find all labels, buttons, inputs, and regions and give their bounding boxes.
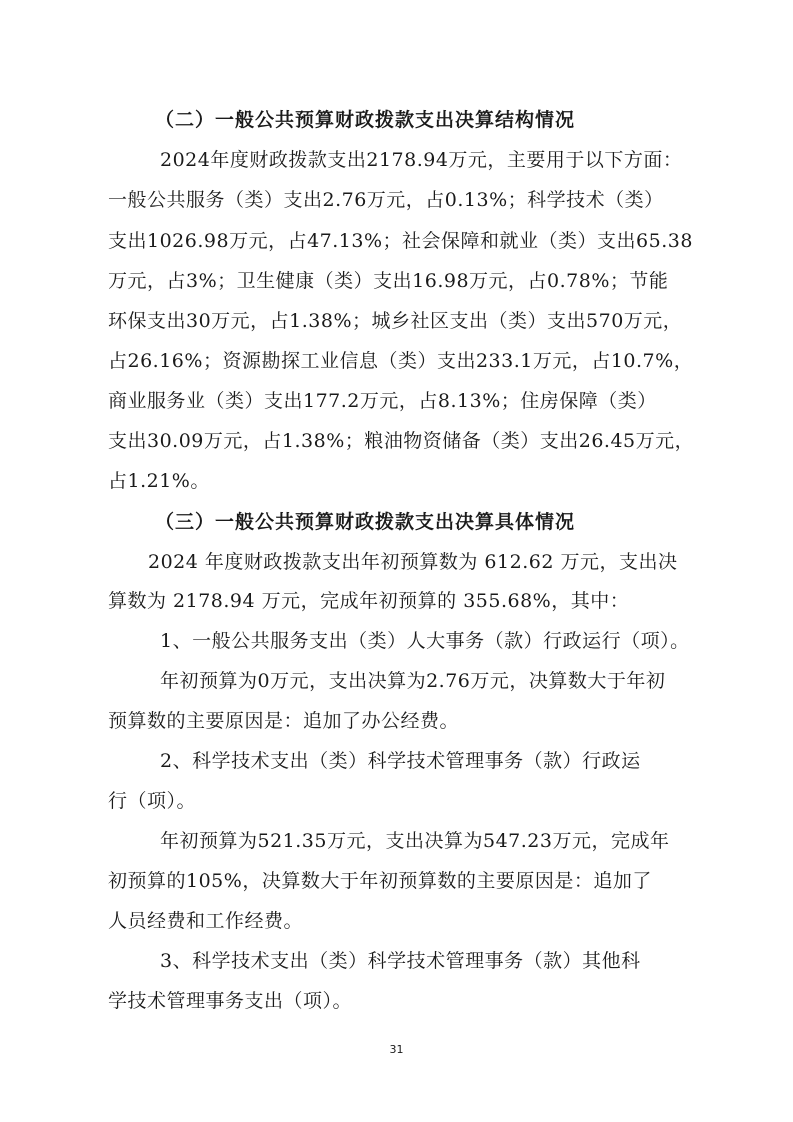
paragraph-line: 行（项）。	[108, 788, 196, 814]
list-item-2-title: 2、科学技术支出（类）科学技术管理事务（款）行政运	[160, 748, 641, 774]
paragraph-line: 2024年度财政拨款支出2178.94万元，主要用于以下方面：	[160, 147, 682, 173]
paragraph-line: 商业服务业（类）支出177.2万元，占8.13%；住房保障（类）	[108, 388, 657, 414]
paragraph-line: 人员经费和工作经费。	[108, 908, 303, 934]
paragraph-line: 环保支出30万元，占1.38%；城乡社区支出（类）支出570万元，	[108, 308, 682, 334]
paragraph-line: 支出1026.98万元，占47.13%；社会保障和就业（类）支出65.38	[108, 228, 693, 254]
section-heading-details: （三）一般公共预算财政拨款支出决算具体情况	[155, 509, 575, 535]
paragraph-line: 算数为 2178.94 万元，完成年初预算的 355.68%，其中：	[108, 588, 629, 614]
paragraph-line: 万元，占3%；卫生健康（类）支出16.98万元，占0.78%；节能	[108, 268, 668, 294]
page-number: 31	[0, 1043, 793, 1056]
paragraph-line: 年初预算为521.35万元，支出决算为547.23万元，完成年	[160, 828, 669, 854]
paragraph-line: 占1.21%。	[108, 468, 210, 494]
paragraph-line: 支出30.09万元，占1.38%；粮油物资储备（类）支出26.45万元，	[108, 428, 694, 454]
list-item-1-title: 1、一般公共服务支出（类）人大事务（款）行政运行（项）。	[160, 628, 690, 654]
paragraph-line: 年初预算为0万元，支出决算为2.76万元，决算数大于年初	[160, 668, 665, 694]
section-heading-structure: （二）一般公共预算财政拨款支出决算结构情况	[155, 107, 575, 133]
paragraph-line: 占26.16%；资源勘探工业信息（类）支出233.1万元，占10.7%，	[108, 348, 693, 374]
paragraph-line: 初预算的105%，决算数大于年初预算数的主要原因是：追加了	[108, 868, 652, 894]
paragraph-line: 预算数的主要原因是：追加了办公经费。	[108, 708, 459, 734]
list-item-3-title: 3、科学技术支出（类）科学技术管理事务（款）其他科	[160, 948, 641, 974]
paragraph-line: 一般公共服务（类）支出2.76万元，占0.13%；科学技术（类）	[108, 187, 664, 213]
paragraph-line: 学技术管理事务支出（项）。	[108, 988, 352, 1014]
paragraph-line: 2024 年度财政拨款支出年初预算数为 612.62 万元，支出决	[148, 549, 677, 575]
